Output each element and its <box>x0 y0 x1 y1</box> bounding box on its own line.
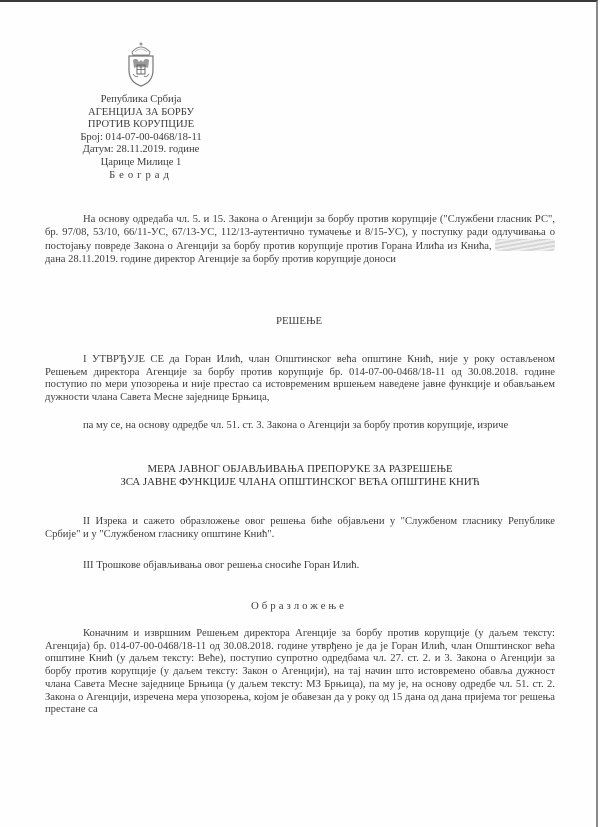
redacted-area <box>495 239 555 251</box>
intro-paragraph: На основу одредаба чл. 5. и 15. Закона о… <box>45 214 555 267</box>
letterhead: Република Србија АГЕНЦИЈА ЗА БОРБУ ПРОТИ… <box>80 40 202 182</box>
item-1-continuation: па му се, на основу одредбе чл. 51. ст. … <box>45 420 555 433</box>
header-agency-line-2: ПРОТИВ КОРУПЦИЈЕ <box>80 119 202 132</box>
intro-text-continued: дана 28.11.2019. године директор Агенциј… <box>45 254 396 265</box>
decision-title: РЕШЕЊЕ <box>0 315 598 327</box>
header-address: Царице Милице 1 <box>80 157 202 170</box>
measure-line-1: МЕРА ЈАВНОГ ОБЈАВЉИВАЊА ПРЕПОРУКЕ ЗА РАЗ… <box>45 463 555 476</box>
imposed-measure: МЕРА ЈАВНОГ ОБЈАВЉИВАЊА ПРЕПОРУКЕ ЗА РАЗ… <box>45 463 555 488</box>
item-1-text: I УТВРЂУЈЕ СЕ да Горан Илић, члан Општин… <box>45 354 555 403</box>
document-page: Република Србија АГЕНЦИЈА ЗА БОРБУ ПРОТИ… <box>0 0 598 827</box>
header-country: Република Србија <box>80 94 202 107</box>
reasoning-title: Образложење <box>0 600 598 612</box>
item-1-paragraph: I УТВРЂУЈЕ СЕ да Горан Илић, члан Општин… <box>45 354 555 405</box>
reasoning-paragraph: Коначним и извршним Решењем директора Аг… <box>45 628 555 717</box>
header-agency-line-1: АГЕНЦИЈА ЗА БОРБУ <box>80 107 202 120</box>
reasoning-text: Коначним и извршним Решењем директора Аг… <box>45 628 555 715</box>
serbia-coat-of-arms-icon <box>124 40 158 88</box>
header-date: Датум: 28.11.2019. године <box>80 144 202 157</box>
header-reference-number: Број: 014-07-00-0468/18-11 <box>80 132 202 145</box>
header-city: Београд <box>80 170 202 183</box>
item-1-continuation-text: па му се, на основу одредбе чл. 51. ст. … <box>83 420 508 431</box>
measure-line-2: ЗСА ЈАВНЕ ФУНКЦИЈЕ ЧЛАНА ОПШТИНСКОГ ВЕЋА… <box>45 476 555 489</box>
item-3-paragraph: III Трошкове објављивања овог решења сно… <box>45 560 555 573</box>
item-2-paragraph: II Изрека и сажето образложење овог реше… <box>45 516 555 541</box>
intro-text: На основу одредаба чл. 5. и 15. Закона о… <box>45 214 555 252</box>
item-2-text: II Изрека и сажето образложење овог реше… <box>45 516 555 540</box>
item-3-text: III Трошкове објављивања овог решења сно… <box>83 560 359 571</box>
